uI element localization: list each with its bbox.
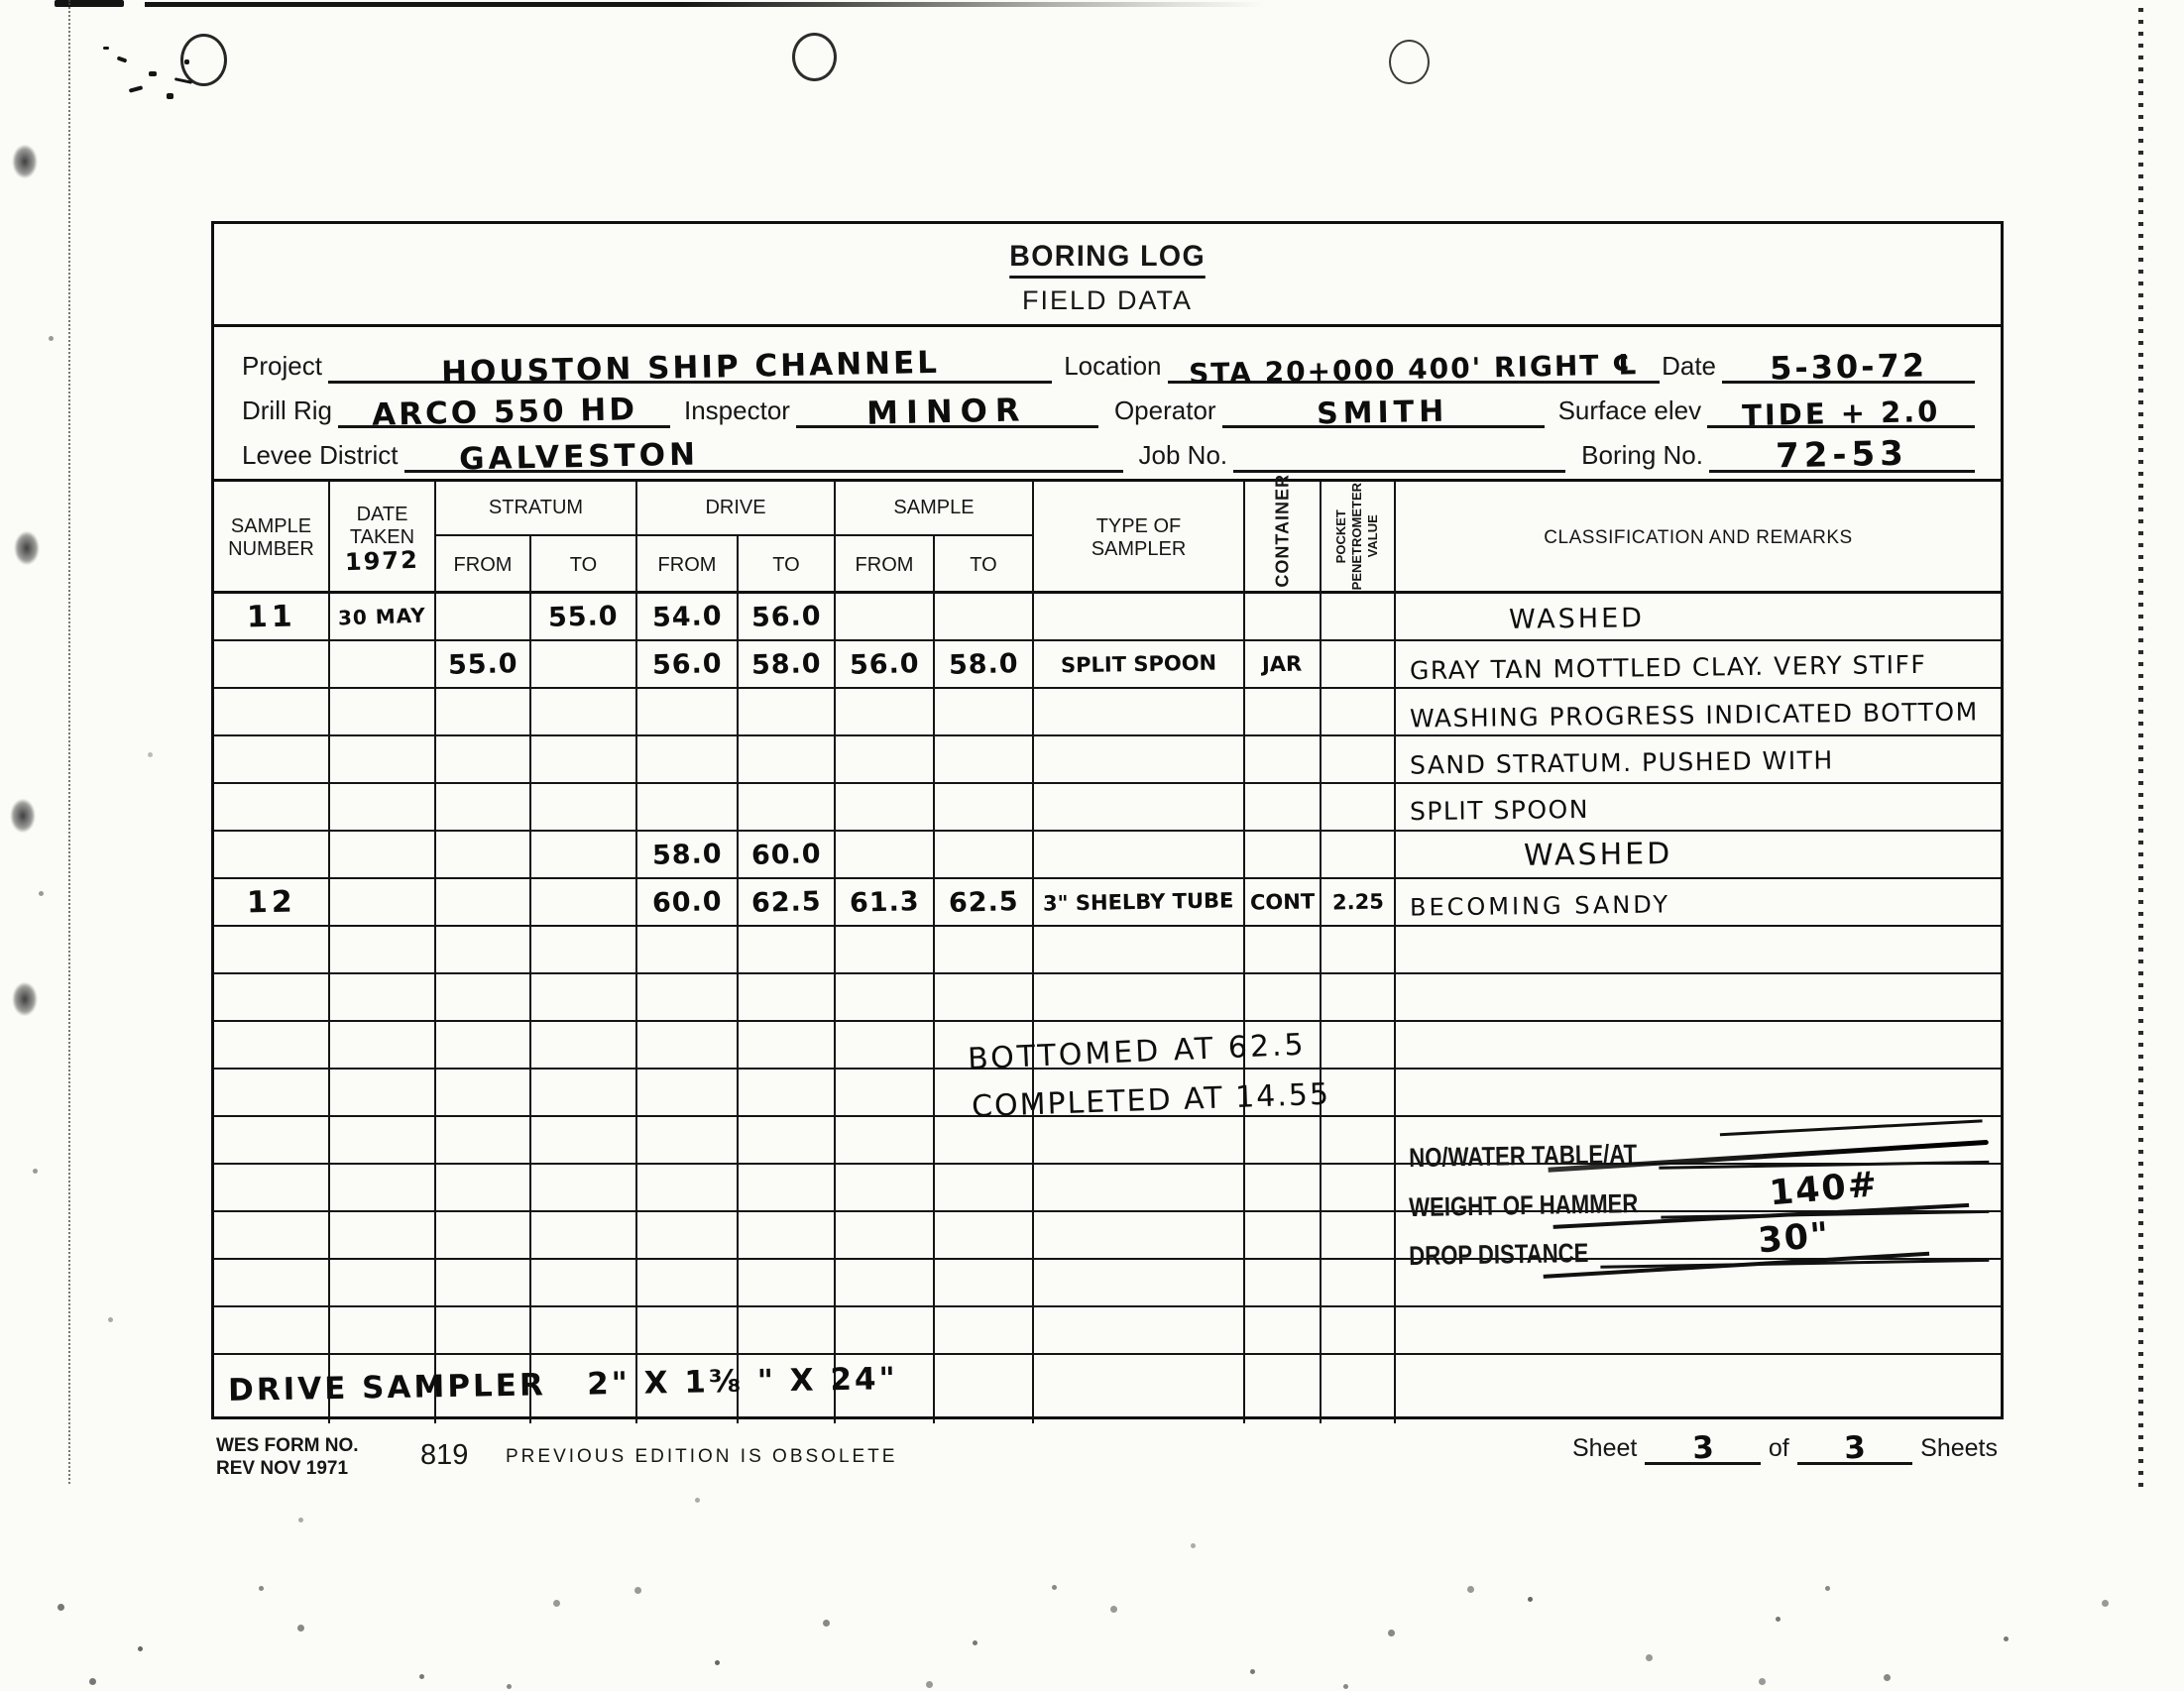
header-sample-from: FROM [836, 536, 935, 594]
cell-sampler [1034, 1260, 1245, 1307]
date-field: 5-30-72 [1722, 342, 1975, 384]
cell-remarks: WASHED [1396, 832, 2001, 879]
operator-field: SMITH [1222, 387, 1545, 428]
handwritten-drive-from: 56.0 [651, 648, 722, 681]
cell-drive-to [739, 1022, 836, 1070]
cell-sample-to: 62.5 [935, 879, 1034, 927]
cell-date [330, 974, 436, 1022]
cell-sample-to [935, 1307, 1034, 1355]
cell-stratum-from [436, 879, 531, 927]
cell-drive-from [637, 1022, 739, 1070]
cell-drive-from [637, 689, 739, 736]
ink-speck [117, 56, 128, 62]
form-subtitle: FIELD DATA [214, 285, 2001, 316]
surface-elev-value: TIDE + 2.0 [1742, 395, 1941, 432]
cell-container [1245, 974, 1322, 1022]
form-number-line1: WES FORM NO. [216, 1434, 359, 1457]
cell-sample-from: 56.0 [836, 641, 935, 689]
cell-remarks: WASHING PROGRESS INDICATED BOTTOM [1396, 689, 2001, 736]
info-line-1: Project HOUSTON SHIP CHANNEL Location ST… [240, 339, 1975, 384]
cell-drive-to [739, 927, 836, 974]
cell-sampler [1034, 1355, 1245, 1423]
cell-stratum-to [531, 927, 637, 974]
info-line-3: Levee District GALVESTON Job No. Boring … [240, 428, 1975, 473]
cell-sampler [1034, 1212, 1245, 1260]
cell-sample [214, 641, 330, 689]
header-date-taken-label: DATE TAKEN [343, 504, 422, 549]
document-scan: { "title": { "line1": "BORING LOG", "lin… [0, 0, 2184, 1691]
cell-pocket [1322, 1260, 1396, 1307]
cell-container [1245, 736, 1322, 784]
cell-stratum-from [436, 927, 531, 974]
cell-container [1245, 927, 1322, 974]
ink-speck [55, 0, 124, 7]
inspector-value: MINOR [866, 391, 1028, 431]
cell-sampler [1034, 1307, 1245, 1355]
cell-stratum-from [436, 1117, 531, 1165]
cell-stratum-from [436, 1260, 531, 1307]
cell-stratum-to [531, 1070, 637, 1117]
cell-container: JAR [1245, 641, 1322, 689]
surface-elev-field: TIDE + 2.0 [1707, 387, 1975, 428]
cell-remarks [1396, 927, 2001, 974]
handwritten-sample-to: 58.0 [948, 648, 1018, 681]
cell-sample-from [836, 1070, 935, 1117]
cell-drive-from [637, 1070, 739, 1117]
cell-sample [214, 1307, 330, 1355]
form-number-line2: REV NOV 1971 [216, 1457, 359, 1480]
header-type-of-sampler: TYPE OF SAMPLER [1034, 482, 1245, 594]
cell-sample-to [935, 689, 1034, 736]
cell-remarks [1396, 974, 2001, 1022]
cell-sample-to [935, 736, 1034, 784]
cell-date [330, 1022, 436, 1070]
handwritten-remarks: WASHED [1524, 837, 1673, 873]
cell-drive-to [739, 1260, 836, 1307]
header-stratum-from: FROM [436, 536, 531, 594]
handwritten-sampler: 3" SHELBY TUBE [1043, 888, 1234, 915]
sheet-number-value: 3 [1691, 1429, 1714, 1466]
cell-pocket [1322, 736, 1396, 784]
cell-stratum-to [531, 974, 637, 1022]
cell-sample: 12 [214, 879, 330, 927]
header-pocket-line3: VALUE [1365, 483, 1381, 590]
cell-drive-to: 60.0 [739, 832, 836, 879]
info-section: Project HOUSTON SHIP CHANNEL Location ST… [214, 327, 2001, 479]
cell-stratum-from [436, 832, 531, 879]
drop-distance-blank: 30" [1600, 1214, 1990, 1269]
form-number-819: 819 [420, 1439, 468, 1472]
cell-pocket [1322, 784, 1396, 832]
cell-drive-from [637, 1212, 739, 1260]
project-field: HOUSTON SHIP CHANNEL [328, 342, 1052, 384]
water-table-row: NO/WATER TABLE/AT [1409, 1116, 1990, 1174]
ink-speck [129, 85, 144, 92]
cell-sample-from [836, 974, 935, 1022]
handwritten-sample-from: 56.0 [849, 648, 919, 681]
cell-remarks: GRAY TAN MOTTLED CLAY. VERY STIFF [1396, 641, 2001, 689]
title-section: BORING LOG FIELD DATA [214, 224, 2001, 327]
cell-drive-to: 58.0 [739, 641, 836, 689]
hammer-weight-label: WEIGHT OF HAMMER [1409, 1188, 1639, 1223]
ink-speck [149, 71, 157, 76]
drill-rig-label: Drill Rig [240, 395, 338, 428]
cell-container: CONT [1245, 879, 1322, 927]
handwritten-drive-from: 54.0 [651, 601, 722, 633]
cell-sampler [1034, 974, 1245, 1022]
ink-speck [103, 47, 109, 50]
handwritten-stratum-to: 55.0 [548, 601, 619, 633]
cell-remarks: SPLIT SPOON [1396, 784, 2001, 832]
drop-distance-label: DROP DISTANCE [1409, 1238, 1589, 1272]
cell-date [330, 641, 436, 689]
total-sheets-value: 3 [1843, 1429, 1866, 1466]
cell-sample-to [935, 832, 1034, 879]
levee-district-value: GALVESTON [458, 436, 699, 477]
header-date-year-handwritten: 1972 [345, 548, 420, 574]
inspector-label: Inspector [682, 395, 796, 428]
left-fold-line [68, 0, 70, 1484]
cell-sample [214, 784, 330, 832]
total-sheets-field: 3 [1797, 1429, 1912, 1465]
cell-sample-from [836, 927, 935, 974]
hole-punch-center [792, 33, 837, 81]
date-value: 5-30-72 [1770, 346, 1928, 387]
ink-speck [184, 59, 189, 64]
boring-no-field: 72-53 [1709, 431, 1975, 473]
smudge-blob [8, 139, 42, 184]
cell-stratum-from [436, 1022, 531, 1070]
handwritten-drive-to: 58.0 [750, 648, 821, 681]
scanner-edge-artifact [145, 2, 1265, 7]
sheet-label: Sheet [1564, 1434, 1645, 1465]
cell-pocket [1322, 1212, 1396, 1260]
boring-no-value: 72-53 [1776, 434, 1909, 477]
header-drive-from: FROM [637, 536, 739, 594]
handwritten-container: CONT [1250, 889, 1316, 914]
cell-stratum-from: 55.0 [436, 641, 531, 689]
cell-pocket [1322, 974, 1396, 1022]
drop-distance-row: DROP DISTANCE 30" [1409, 1214, 1990, 1272]
handwritten-remarks: SAND STRATUM. PUSHED WITH [1410, 745, 1834, 779]
header-sample-to: TO [935, 536, 1034, 594]
boring-no-label: Boring No. [1579, 440, 1709, 473]
table-body: 1130 MAY55.054.056.0WASHED55.056.058.056… [214, 594, 2001, 1423]
handwritten-drive-to: 56.0 [750, 601, 821, 633]
handwritten-remarks: SPLIT SPOON [1410, 795, 1589, 826]
cell-pocket [1322, 1117, 1396, 1165]
cell-drive-to: 56.0 [739, 594, 836, 641]
cell-sampler [1034, 784, 1245, 832]
header-container: CONTAINER [1245, 482, 1322, 594]
cell-sample [214, 1260, 330, 1307]
cell-drive-from: 58.0 [637, 832, 739, 879]
cell-remarks [1396, 1307, 2001, 1355]
scan-noise [0, 0, 3, 3]
drill-rig-value: ARCO 550 HD [371, 392, 637, 433]
cell-date [330, 1260, 436, 1307]
cell-date: 30 MAY [330, 594, 436, 641]
cell-pocket [1322, 832, 1396, 879]
cell-sampler [1034, 1117, 1245, 1165]
cell-sample [214, 689, 330, 736]
header-pocket-penetrometer: POCKET PENETROMETER VALUE [1322, 482, 1396, 594]
cell-sample-to [935, 1260, 1034, 1307]
cell-drive-to [739, 1212, 836, 1260]
cell-stratum-to [531, 1307, 637, 1355]
levee-district-field: GALVESTON [404, 431, 1123, 473]
handwritten-remarks: BECOMING SANDY [1410, 890, 1670, 921]
cell-stratum-to [531, 641, 637, 689]
handwritten-drive-to: 62.5 [750, 886, 821, 919]
cell-sampler: SPLIT SPOON [1034, 641, 1245, 689]
cell-sample [214, 832, 330, 879]
cell-date [330, 1117, 436, 1165]
cell-pocket [1322, 641, 1396, 689]
cell-stratum-from [436, 1070, 531, 1117]
cell-sample-from [836, 832, 935, 879]
cell-drive-to [739, 1307, 836, 1355]
cell-stratum-from [436, 736, 531, 784]
cell-remarks: WASHED [1396, 594, 2001, 641]
cell-stratum-to [531, 1212, 637, 1260]
cell-sampler: 3" SHELBY TUBE [1034, 879, 1245, 927]
hammer-weight-value: 140# [1769, 1165, 1881, 1213]
cell-sample [214, 1212, 330, 1260]
cell-pocket [1322, 1070, 1396, 1117]
cell-drive-from [637, 974, 739, 1022]
cell-pocket [1322, 1307, 1396, 1355]
handwritten-drive-from: 60.0 [651, 886, 722, 919]
sheet-number-field: 3 [1645, 1429, 1760, 1465]
job-no-field [1233, 431, 1565, 473]
cell-date [330, 1165, 436, 1212]
handwritten-sampler: SPLIT SPOON [1061, 651, 1217, 678]
cell-sampler [1034, 927, 1245, 974]
cell-sample-to: 58.0 [935, 641, 1034, 689]
hole-punch-right [1389, 40, 1430, 84]
cell-stratum-from [436, 1165, 531, 1212]
cell-sample-from [836, 784, 935, 832]
cell-stratum-from [436, 974, 531, 1022]
cell-pocket [1322, 1022, 1396, 1070]
cell-pocket: 2.25 [1322, 879, 1396, 927]
cell-drive-from [637, 736, 739, 784]
cell-date [330, 1212, 436, 1260]
cell-drive-from [637, 784, 739, 832]
handwritten-sample: 11 [246, 599, 295, 634]
project-label: Project [240, 351, 328, 384]
header-container-label: CONTAINER [1271, 474, 1294, 588]
header-pocket-line1: POCKET [1333, 483, 1349, 590]
cell-sampler [1034, 832, 1245, 879]
header-classification: CLASSIFICATION AND REMARKS [1396, 482, 2001, 594]
boring-log-table: SAMPLE NUMBER DATE TAKEN 1972 STRATUM DR… [214, 479, 2001, 1422]
cell-sample-to [935, 594, 1034, 641]
cell-drive-to [739, 974, 836, 1022]
cell-stratum-to [531, 1260, 637, 1307]
cell-drive-to [739, 784, 836, 832]
cell-date [330, 879, 436, 927]
hammer-weight-blank: 140# [1661, 1166, 1990, 1219]
cell-sampler [1034, 1165, 1245, 1212]
cell-sample-from: 61.3 [836, 879, 935, 927]
cell-drive-from: 56.0 [637, 641, 739, 689]
hand-stroke [1720, 1119, 1983, 1136]
cell-sample-from [836, 1022, 935, 1070]
header-stratum: STRATUM [436, 482, 637, 536]
header-sample-number: SAMPLE NUMBER [214, 482, 330, 594]
cell-sampler [1034, 689, 1245, 736]
cell-stratum-to [531, 784, 637, 832]
cell-drive-to [739, 1117, 836, 1165]
cell-remarks [1396, 1022, 2001, 1070]
handwritten-sample: 12 [246, 884, 295, 920]
cell-sample-from [836, 1307, 935, 1355]
smudge-blob [10, 525, 44, 571]
levee-district-label: Levee District [240, 440, 404, 473]
cell-container [1245, 1307, 1322, 1355]
cell-sample [214, 974, 330, 1022]
cell-date [330, 832, 436, 879]
cell-stratum-to [531, 1117, 637, 1165]
handwritten-container: JAR [1262, 652, 1303, 677]
cell-container [1245, 1212, 1322, 1260]
cell-sample-from [836, 689, 935, 736]
cell-stratum-from [436, 1307, 531, 1355]
cell-drive-from [637, 1117, 739, 1165]
cell-stratum-from [436, 689, 531, 736]
cell-pocket [1322, 1355, 1396, 1423]
cell-sample [214, 1165, 330, 1212]
cell-drive-to: 62.5 [739, 879, 836, 927]
cell-container [1245, 784, 1322, 832]
cell-drive-to [739, 1070, 836, 1117]
drill-rig-field: ARCO 550 HD [338, 387, 670, 428]
handwritten-remarks: WASHED [1509, 603, 1645, 635]
header-drive: DRIVE [637, 482, 836, 536]
cell-stratum-to [531, 832, 637, 879]
right-perforation-dots [2138, 8, 2143, 1495]
operator-value: SMITH [1317, 395, 1449, 432]
cell-stratum-from [436, 594, 531, 641]
cell-date [330, 927, 436, 974]
cell-container [1245, 1165, 1322, 1212]
handwritten-pocket: 2.25 [1331, 890, 1383, 915]
cell-sample-from [836, 1117, 935, 1165]
cell-sampler [1034, 594, 1245, 641]
sheets-label: Sheets [1912, 1434, 2006, 1465]
handwritten-stratum-from: 55.0 [447, 648, 517, 681]
surface-elev-label: Surface elev [1556, 395, 1708, 428]
cell-sample-from [836, 1165, 935, 1212]
header-pocket-line2: PENETROMETER [1349, 483, 1365, 590]
cell-container [1245, 1260, 1322, 1307]
cell-sample-from [836, 736, 935, 784]
cell-drive-to [739, 1165, 836, 1212]
cell-drive-to [739, 689, 836, 736]
inspector-field: MINOR [796, 387, 1098, 428]
cell-date [330, 784, 436, 832]
cell-sample-to [935, 974, 1034, 1022]
cell-sample [214, 1117, 330, 1165]
cell-sample-to [935, 1212, 1034, 1260]
cell-pocket [1322, 927, 1396, 974]
handwritten-remarks: GRAY TAN MOTTLED CLAY. VERY STIFF [1410, 650, 1927, 685]
job-no-label: Job No. [1137, 440, 1234, 473]
cell-date [330, 1070, 436, 1117]
handwritten-remarks: WASHING PROGRESS INDICATED BOTTOM [1410, 697, 1979, 733]
cell-date [330, 736, 436, 784]
handwritten-drive-to: 60.0 [750, 839, 821, 871]
water-table-blank [1659, 1116, 1989, 1170]
cell-stratum-from [436, 1212, 531, 1260]
info-line-2: Drill Rig ARCO 550 HD Inspector MINOR Op… [240, 384, 1975, 428]
handwritten-date: 30 MAY [338, 603, 427, 629]
cell-sample: 11 [214, 594, 330, 641]
cell-drive-from: 60.0 [637, 879, 739, 927]
cell-sample [214, 1022, 330, 1070]
header-drive-to: TO [739, 536, 836, 594]
form-title: BORING LOG [1009, 240, 1206, 279]
drop-distance-value: 30" [1757, 1215, 1832, 1261]
cell-drive-from [637, 1260, 739, 1307]
handwritten-sample-to: 62.5 [948, 886, 1018, 919]
cell-date [330, 1307, 436, 1355]
location-field: STA 20+000 400' RIGHT ℄ [1168, 342, 1661, 384]
cell-drive-from [637, 927, 739, 974]
cell-drive-from [637, 1307, 739, 1355]
handwritten-sample-from: 61.3 [849, 886, 919, 919]
cell-pocket [1322, 1165, 1396, 1212]
cell-sample-from [836, 594, 935, 641]
cell-drive-from [637, 1165, 739, 1212]
operator-label: Operator [1112, 395, 1222, 428]
cell-container [1245, 832, 1322, 879]
smudge-blob [6, 793, 40, 839]
of-label: of [1761, 1434, 1797, 1465]
header-sample-group: SAMPLE [836, 482, 1034, 536]
cell-stratum-to [531, 689, 637, 736]
cell-container [1245, 1355, 1322, 1423]
cell-sample [214, 927, 330, 974]
handwritten-drive-from: 58.0 [651, 839, 722, 871]
cell-stratum-to [531, 1165, 637, 1212]
location-label: Location [1062, 351, 1167, 384]
cell-stratum-from [436, 784, 531, 832]
form-number-block: WES FORM NO. REV NOV 1971 [216, 1434, 359, 1480]
cell-sample [214, 736, 330, 784]
cell-sample-from [836, 1212, 935, 1260]
cell-remarks [1396, 1355, 2001, 1423]
hammer-weight-row: WEIGHT OF HAMMER 140# [1409, 1166, 1990, 1223]
obsolete-note: PREVIOUS EDITION IS OBSOLETE [506, 1446, 897, 1468]
cell-container [1245, 689, 1322, 736]
cell-stratum-to [531, 879, 637, 927]
cell-sample-from [836, 1260, 935, 1307]
cell-sample [214, 1070, 330, 1117]
cell-date [330, 689, 436, 736]
cell-pocket [1322, 689, 1396, 736]
cell-sample-to [935, 1355, 1034, 1423]
cell-drive-from: 54.0 [637, 594, 739, 641]
cell-sample-to [935, 784, 1034, 832]
cell-pocket [1322, 594, 1396, 641]
cell-remarks [1396, 1070, 2001, 1117]
ink-speck [167, 93, 173, 99]
header-date-taken: DATE TAKEN 1972 [330, 482, 436, 594]
cell-sample-to [935, 1165, 1034, 1212]
